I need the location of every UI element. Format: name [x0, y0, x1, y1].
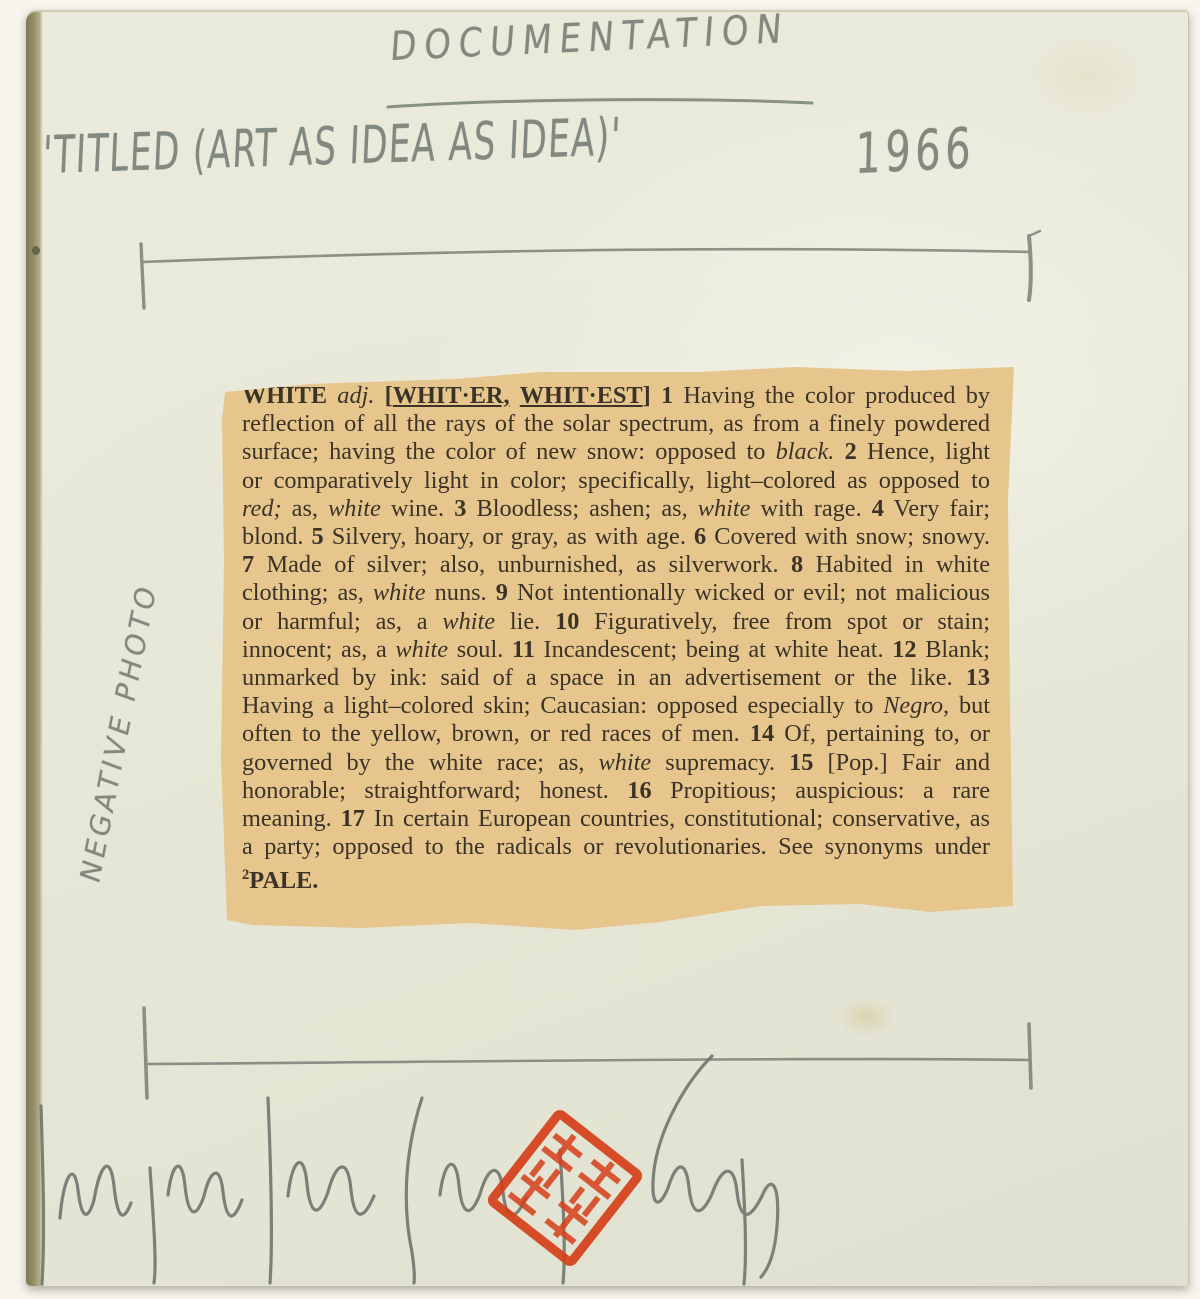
definition-segment: [	[374, 382, 392, 409]
definition-segment: red;	[242, 495, 282, 522]
definition-segment: WHIT·ER,	[393, 382, 510, 409]
definition-segment: ]	[643, 382, 661, 409]
definition-segment: white	[698, 495, 751, 522]
definition-segment: white	[395, 636, 448, 663]
definition-segment: Having a light–colored skin; Caucasian: …	[242, 692, 883, 719]
definition-segment: PALE.	[249, 868, 318, 895]
definition-segment	[834, 438, 844, 465]
definition-segment: lie.	[495, 608, 555, 635]
definition-segment: Made of silver; also, unburnished, as si…	[254, 551, 791, 578]
definition-segment: Incandescent; being at white heat.	[535, 636, 892, 663]
definition-segment: soul.	[448, 636, 512, 663]
definition-segment: with rage.	[750, 495, 871, 522]
definition-segment: 17	[341, 805, 365, 832]
definition-segment: 4	[872, 495, 884, 522]
definition-segment: white	[373, 579, 426, 606]
definition-segment: 16	[627, 777, 651, 804]
definition-segment: white	[328, 495, 381, 522]
definition-segment: black.	[776, 438, 835, 465]
definition-segment: Silvery, hoary, or gray, as with age.	[324, 523, 694, 550]
definition-segment: 14	[750, 720, 774, 747]
pin-hole	[32, 246, 40, 255]
paper-stain	[1026, 32, 1146, 122]
definition-segment: 7	[242, 551, 254, 578]
definition-segment: 8	[791, 551, 803, 578]
definition-segment	[327, 382, 337, 409]
definition-segment: 6	[694, 523, 706, 550]
definition-segment	[510, 382, 520, 409]
definition-segment: 9	[496, 579, 508, 606]
definition-text: WHITE adj. [WHIT·ER, WHIT·EST] 1 Having …	[218, 362, 1018, 896]
definition-segment: white	[442, 608, 495, 635]
definition-segment: white	[599, 749, 652, 776]
definition-segment: adj.	[337, 382, 374, 409]
definition-segment: nuns.	[426, 579, 496, 606]
definition-segment: WHIT·EST	[520, 382, 643, 409]
definition-segment: 10	[555, 608, 579, 635]
definition-segment: wine.	[381, 495, 455, 522]
definition-segment: 3	[454, 495, 466, 522]
definition-segment: 1	[661, 382, 673, 409]
card-left-edge	[26, 12, 43, 1286]
definition-segment: 13	[966, 664, 990, 691]
definition-segment: Negro,	[883, 692, 949, 719]
definition-segment: as,	[282, 495, 329, 522]
definition-segment: 11	[512, 636, 535, 663]
definition-segment: 12	[892, 636, 916, 663]
definition-segment: 5	[312, 523, 324, 550]
paper-stain	[838, 997, 894, 1037]
definition-segment: Covered with snow; snowy.	[706, 523, 990, 550]
artwork-year: 1966	[854, 116, 975, 187]
definition-segment: 2	[845, 438, 857, 465]
definition-segment: supremacy.	[651, 749, 789, 776]
dictionary-clipping: WHITE adj. [WHIT·ER, WHIT·EST] 1 Having …	[218, 362, 1018, 934]
definition-segment: 15	[789, 749, 813, 776]
definition-segment: Bloodless; ashen; as,	[466, 495, 697, 522]
